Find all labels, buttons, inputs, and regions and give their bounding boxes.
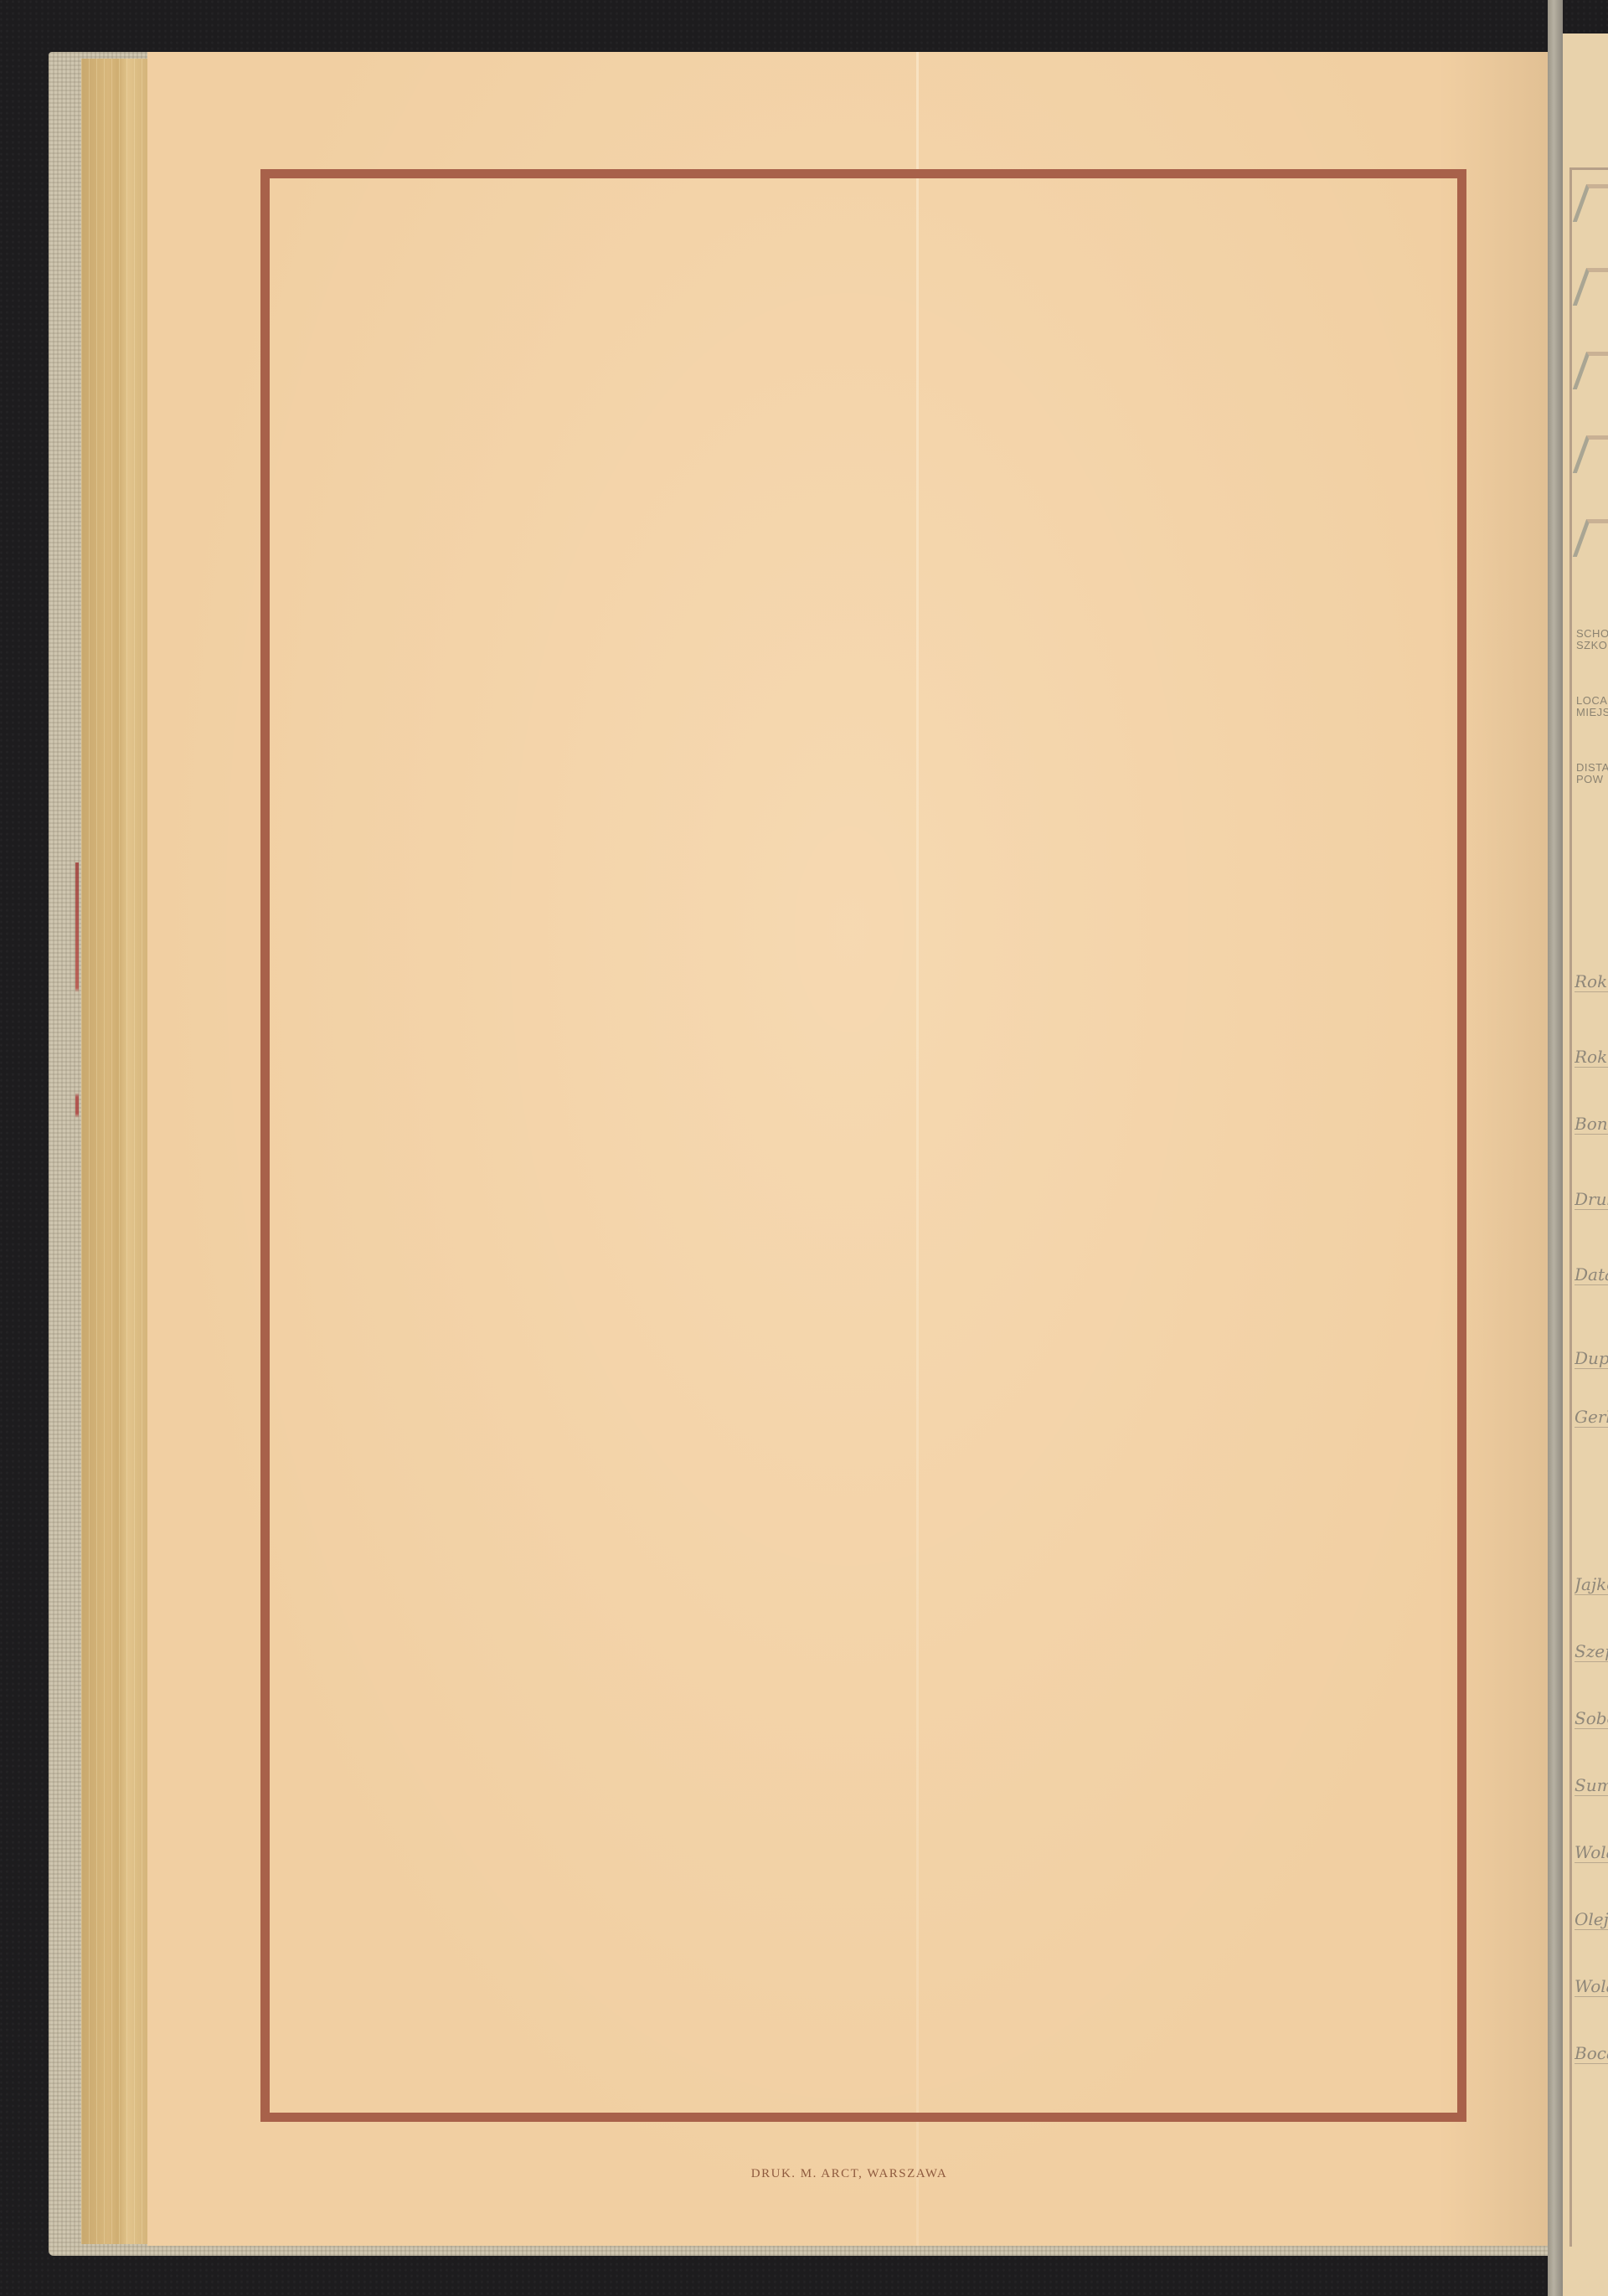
script-fragment: Sobot (1574, 1708, 1608, 1729)
neighbor-label: SCHO SZKO (1576, 628, 1608, 651)
script-fragment: Bonn (1574, 1114, 1608, 1135)
printer-imprint: DRUK. M. ARCT, WARSZAWA (147, 2167, 1551, 2181)
neighbor-label: LOCA MIEJS (1576, 695, 1608, 718)
label-line: SZKO (1576, 640, 1608, 651)
script-fragment: Sum (1574, 1775, 1608, 1796)
red-thread-mark (75, 862, 79, 1281)
script-fragment: Data (1574, 1264, 1608, 1285)
page-border-frame (260, 169, 1466, 2122)
neighbor-label: DISTA POW (1576, 762, 1608, 785)
book-gutter (1548, 0, 1563, 2296)
script-fragment: Bocal (1574, 2043, 1608, 2064)
page-block-edges (81, 59, 148, 2244)
script-fragment: Druk (1574, 1189, 1608, 1210)
script-fragment: Olejko (1574, 1909, 1608, 1930)
label-line: POW (1576, 774, 1608, 785)
script-fragment: Gerla (1574, 1407, 1608, 1428)
script-fragment: Jajko (1574, 1574, 1608, 1595)
script-fragment: Wolan (1574, 1842, 1608, 1863)
book-page: DRUK. M. ARCT, WARSZAWA (147, 52, 1551, 2246)
label-line: SCHO (1576, 628, 1608, 640)
label-line: LOCA (1576, 695, 1608, 707)
script-fragment: Dupla (1574, 1348, 1608, 1369)
neighbor-page-edge: SCHO SZKO LOCA MIEJS DISTA POW Rok Rok B… (1563, 33, 1608, 2296)
label-line: DISTA (1576, 762, 1608, 774)
script-fragment: Szepk (1574, 1641, 1608, 1662)
label-line: MIEJS (1576, 707, 1608, 718)
script-fragment: Wolani (1574, 1976, 1608, 1997)
script-fragment: Rok (1574, 971, 1608, 992)
script-fragment: Rok (1574, 1047, 1608, 1068)
